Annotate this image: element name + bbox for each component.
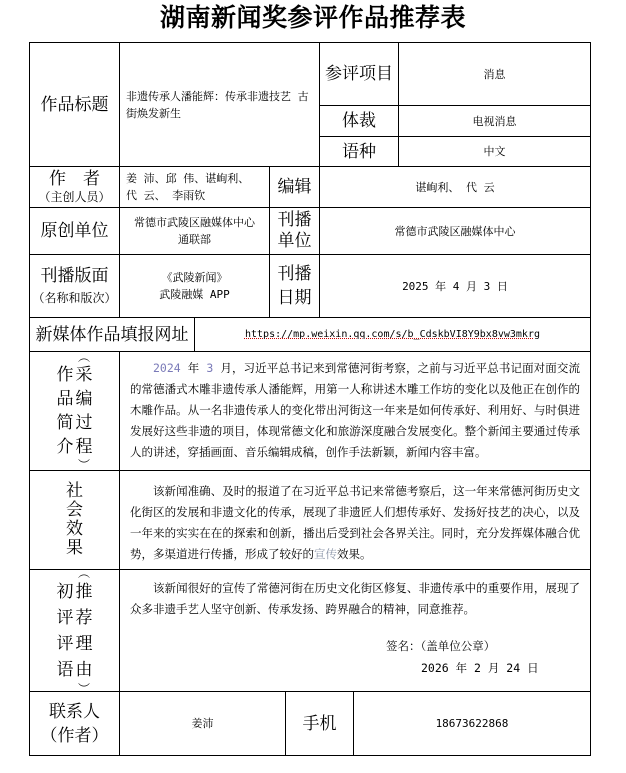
publish-date-value-text: 2025 年 4 月 3 日 (402, 278, 508, 295)
review-label: 初 评 评 语 ︵ 推 荐 理 由 ︶ (29, 569, 120, 692)
publish-section-value-line1: 《武陵新闻》 (162, 269, 228, 286)
language-value: 中文 (398, 136, 591, 167)
review-label-char: 语 (57, 657, 74, 683)
intro-label-char: 编 (76, 387, 93, 411)
original-unit-value-line2: 通联部 (178, 231, 211, 248)
intro-label-char: 过 (76, 411, 93, 435)
social-effect-text-part: 效果。 (337, 547, 372, 561)
review-label-char: 评 (57, 605, 74, 631)
publish-unit-label-line1: 刊播 (278, 210, 312, 231)
original-unit-value: 常德市武陵区融媒体中心 通联部 (119, 207, 270, 255)
work-title-label: 作品标题 (29, 42, 120, 167)
contact-value: 姜沛 (119, 691, 286, 756)
social-effect-label-char: 果 (66, 539, 83, 558)
publish-section-label: 刊播版面 （名称和版次） (29, 254, 120, 318)
intro-text-part: 年 (181, 361, 207, 375)
introduction-label: 作 品 简 介 ︵ 采 编 过 程 ︶ (29, 351, 120, 471)
social-effect-highlight: 宣传 (314, 547, 337, 561)
publish-section-label-line2: （名称和版次） (32, 288, 116, 308)
genre-value: 电视消息 (398, 105, 591, 137)
publish-section-value-line2: 武陵融媒 APP (159, 286, 230, 303)
phone-value-text: 18673622868 (436, 715, 509, 732)
authors-label-line1: 作 者 (49, 169, 100, 189)
authors-value-text: 姜 沛、邱 伟、谌峋利、 代 云、 李雨钦 (126, 170, 263, 204)
publish-date-label-line2: 日期 (278, 286, 312, 310)
review-paragraph: 该新闻很好的宣传了常德河街在历史文化街区修复、非遗传承中的重要作用，展现了众多非… (130, 578, 580, 620)
intro-label-char: 作 (57, 363, 74, 387)
original-unit-label: 原创单位 (29, 207, 120, 255)
work-title-value-text: 非遗传承人潘能辉：传承非遗技艺 古街焕发新生 (126, 88, 313, 122)
new-media-url-label-text: 新媒体作品填报网址 (36, 323, 189, 347)
intro-label-char: 程 (76, 435, 93, 459)
authors-label-line2: （主创人员） (38, 189, 110, 205)
review-label-char: 评 (57, 631, 74, 657)
publish-section-label-line1: 刊播版面 (41, 264, 109, 288)
publish-date-label-line1: 刊播 (278, 262, 312, 286)
review-date: 2026 年 2 月 24 日 (421, 660, 539, 676)
review-label-bracket-open: ︵ (78, 567, 90, 579)
social-effect-label-char: 社 (66, 482, 83, 501)
editor-label-text: 编辑 (278, 175, 312, 199)
original-unit-value-line1: 常德市武陵区融媒体中心 (134, 214, 255, 231)
phone-label: 手机 (285, 691, 354, 756)
publish-section-value: 《武陵新闻》 武陵融媒 APP (119, 254, 270, 318)
intro-text-part: 月，习近平总书记来到常德河街考察，之前与习近平总书记面对面交流的常德潘式木雕非遗… (130, 361, 580, 459)
social-effect-label: 社 会 效 果 (29, 470, 120, 570)
category-value: 消息 (398, 42, 591, 106)
new-media-url-link[interactable]: https://mp.weixin.qq.com/s/b_CdskbVI8Y9b… (245, 326, 540, 343)
editor-value: 谌峋利、 代 云 (319, 166, 591, 208)
publish-unit-value-text: 常德市武陵区融媒体中心 (395, 223, 516, 240)
language-label-text: 语种 (342, 140, 376, 164)
authors-label: 作 者 （主创人员） (29, 166, 120, 208)
intro-label-char: 简 (57, 411, 74, 435)
genre-label-text: 体裁 (342, 109, 376, 133)
social-effect-label-char: 效 (66, 520, 83, 539)
review-label-char: 初 (57, 579, 74, 605)
category-label: 参评项目 (319, 42, 399, 106)
contact-label: 联系人（作者） (29, 691, 120, 756)
publish-date-value: 2025 年 4 月 3 日 (319, 254, 591, 318)
work-title-label-text: 作品标题 (41, 93, 109, 117)
intro-label-char: 品 (57, 387, 74, 411)
review-label-char: 由 (76, 657, 93, 683)
language-label: 语种 (319, 136, 399, 167)
social-effect-text: 该新闻准确、及时的报道了在习近平总书记来常德考察后，这一年来常德河街历史文化街区… (119, 470, 591, 570)
publish-date-label: 刊播 日期 (269, 254, 320, 318)
contact-label-text: 联系人（作者） (34, 700, 115, 748)
new-media-url-value[interactable]: https://mp.weixin.qq.com/s/b_CdskbVI8Y9b… (194, 317, 591, 352)
original-unit-label-text: 原创单位 (41, 219, 109, 243)
publish-unit-label: 刊播 单位 (269, 207, 320, 255)
contact-value-text: 姜沛 (192, 715, 214, 732)
phone-value: 18673622868 (353, 691, 591, 756)
review-label-char: 推 (76, 579, 93, 605)
editor-label: 编辑 (269, 166, 320, 208)
introduction-text: 2024 年 3 月，习近平总书记来到常德河街考察，之前与习近平总书记面对面交流… (119, 351, 591, 471)
authors-value: 姜 沛、邱 伟、谌峋利、 代 云、 李雨钦 (119, 166, 270, 208)
category-label-text: 参评项目 (325, 62, 393, 86)
genre-label: 体裁 (319, 105, 399, 137)
new-media-url-label: 新媒体作品填报网址 (29, 317, 195, 352)
intro-label-char: 介 (57, 435, 74, 459)
language-value-text: 中文 (484, 143, 506, 160)
intro-label-char: 采 (76, 363, 93, 387)
review-label-char: 理 (76, 631, 93, 657)
genre-value-text: 电视消息 (473, 113, 517, 130)
editor-value-text: 谌峋利、 代 云 (415, 179, 494, 196)
review-label-char: 荐 (76, 605, 93, 631)
category-value-text: 消息 (484, 66, 506, 83)
intro-label-bracket-open: ︵ (78, 351, 90, 363)
phone-label-text: 手机 (303, 712, 337, 736)
review-signature: 签名：（盖单位公章） (386, 638, 495, 654)
publish-unit-label-line2: 单位 (278, 231, 312, 252)
publish-unit-value: 常德市武陵区融媒体中心 (319, 207, 591, 255)
work-title-value: 非遗传承人潘能辉：传承非遗技艺 古街焕发新生 (119, 42, 320, 167)
form-title: 湖南新闻奖参评作品推荐表 (0, 2, 626, 34)
intro-year: 2024 (153, 361, 181, 375)
social-effect-label-char: 会 (66, 501, 83, 520)
